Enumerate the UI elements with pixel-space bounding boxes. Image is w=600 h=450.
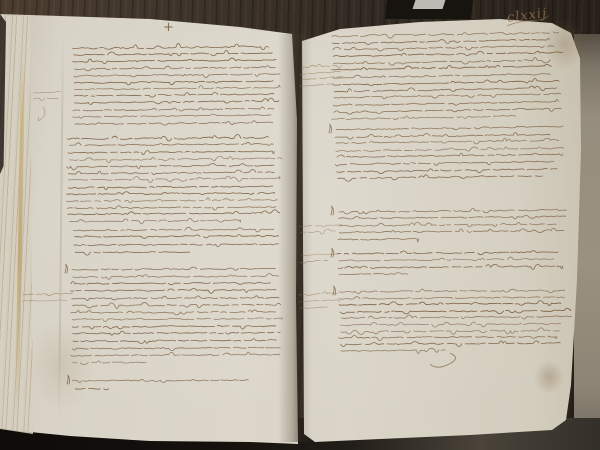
ink-stroke [75,388,108,389]
ink-stroke [339,297,564,299]
ink-stroke [65,264,68,273]
ink-stroke [75,121,273,125]
ink-stroke [34,98,58,101]
ink-stroke [75,252,189,256]
ink-stroke [22,300,66,301]
ink-stroke [71,310,276,315]
ink-stroke [68,186,272,190]
ink-stroke [300,84,334,86]
marginal-note-NL2 [22,293,72,301]
ink-stroke [75,66,276,71]
ink-stroke [69,142,273,145]
ink-stroke [300,260,328,263]
ink-stroke [334,93,561,99]
ink-stroke [334,108,561,114]
ink-stroke [430,353,455,367]
ink-stroke [74,81,273,85]
ink-stroke [302,65,342,68]
ink-stroke [339,335,557,340]
paragraph-R3 [331,206,566,242]
folio-number: clxxij [506,6,548,26]
ink-stroke [331,248,334,257]
ink-stroke [71,282,271,285]
paragraph-R4 [331,248,563,275]
ink-stroke [337,251,558,255]
ink-stroke [73,114,271,118]
ink-stroke [300,307,328,308]
paragraph-L5 [67,375,248,390]
ink-stroke [74,244,279,247]
ink-stroke [335,161,554,166]
ink-stroke [73,379,249,382]
ink-stroke [334,86,556,92]
ink-stroke [339,289,564,294]
ink-stroke [73,318,283,322]
ink-stroke [339,257,554,261]
ink-stroke [339,273,407,275]
ink-stroke [301,253,340,255]
ink-stroke [300,71,341,74]
ink-stroke [333,46,554,51]
ink-stroke [333,100,558,106]
ink-stroke [75,235,278,239]
ink-stroke [335,133,550,140]
marginal-note-NR3 [300,253,340,263]
ink-stroke [339,215,566,219]
ink-stroke [338,264,563,269]
handwriting-layer: + clxxij [0,0,600,450]
ink-stroke [67,135,268,142]
ink-stroke [74,98,278,104]
paragraph-R1 [332,32,563,120]
ink-stroke [73,227,273,232]
ink-stroke [337,169,557,174]
quire-mark-cross: + [163,20,174,35]
paragraph-R5 [333,286,572,367]
ink-stroke [73,361,147,365]
manuscript-photo: + clxxij [0,0,600,450]
paragraph-L1 [73,43,280,125]
ink-stroke [68,210,280,215]
ink-stroke [23,293,72,295]
ink-stroke [34,92,61,93]
ink-stroke [332,64,552,70]
ink-stroke [67,206,276,210]
ink-stroke [329,124,332,133]
ink-stroke [74,50,273,56]
ink-stroke [38,107,45,121]
marginal-note-NR1 [300,65,343,87]
ink-stroke [341,341,561,347]
ink-stroke [73,339,277,344]
ink-stroke [337,153,563,157]
ink-stroke [72,326,276,329]
ink-stroke [69,169,275,174]
ink-stroke [339,222,556,227]
ink-stroke [336,138,559,144]
paragraph-L4 [65,264,282,365]
ink-stroke [338,175,543,181]
ink-stroke [336,126,563,130]
marginal-note-NL1 [34,92,61,121]
ink-stroke [68,151,274,155]
ink-stroke [341,322,561,327]
paragraph-L3 [73,227,278,255]
ink-stroke [73,107,274,111]
ink-stroke [339,301,561,306]
ink-stroke [336,147,564,152]
ink-stroke [331,206,334,215]
ink-stroke [73,331,281,335]
ink-stroke [341,328,559,335]
ink-stroke [67,375,70,384]
ink-stroke [72,296,279,301]
ink-stroke [71,352,280,356]
ink-stroke [74,92,274,97]
ink-stroke [75,85,280,89]
ink-stroke [333,78,559,85]
paragraph-L2 [67,135,282,224]
ink-stroke [71,289,276,294]
ink-stroke [332,32,559,38]
ink-stroke [73,43,269,49]
ink-stroke [339,228,564,233]
ink-stroke [69,218,240,223]
ink-stroke [341,348,445,353]
ink-stroke [334,58,550,66]
ink-stroke [300,300,340,302]
ink-stroke [67,164,274,170]
ink-stroke [333,74,550,79]
ink-stroke [339,208,566,214]
ink-stroke [299,292,338,296]
ink-stroke [342,315,572,319]
ink-stroke [333,39,550,45]
ink-stroke [73,58,276,64]
ink-stroke [72,267,275,270]
ink-stroke [333,51,562,56]
ink-stroke [338,238,419,242]
paragraph-R2 [329,124,564,181]
ink-stroke [73,347,281,350]
ink-stroke [69,156,281,163]
ink-stroke [72,303,280,309]
ink-stroke [74,73,280,77]
ink-stroke [69,176,281,182]
marginal-note-NR2 [299,225,342,234]
ink-stroke [300,229,335,234]
ink-stroke [67,198,278,203]
ink-stroke [67,192,275,195]
ink-stroke [340,308,570,314]
ink-stroke [332,115,516,119]
ink-stroke [299,225,342,228]
ink-stroke [73,274,279,280]
